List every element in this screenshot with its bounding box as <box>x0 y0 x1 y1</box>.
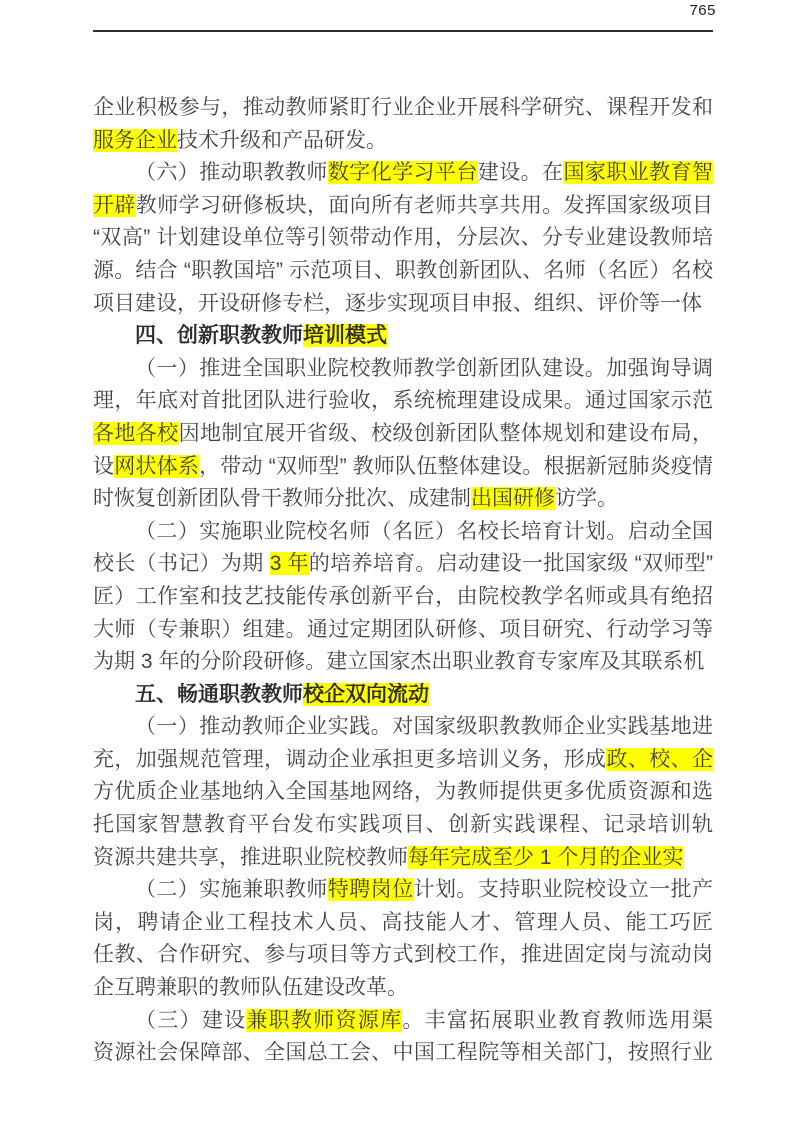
page-number: 765 <box>689 2 716 19</box>
text-segment: 资源共建共享，推进职业院校教师 <box>93 846 408 869</box>
text-line: （二）实施兼职教师特聘岗位计划。支持职业院校设立一批产业导师特聘 <box>93 874 713 907</box>
text-segment: 方优质企业基地纳入全国基地网络，为教师提供更多优质资源和选择空间。依 <box>93 780 713 809</box>
highlighted-text: 培训模式 <box>303 324 387 347</box>
section-heading: 五、畅通职教教师校企双向流动 <box>93 679 713 712</box>
text-line: 设网状体系，带动 “双师型” 教师队伍整体建设。根据新冠肺炎疫情形势，适 <box>93 451 713 484</box>
text-segment: 源。结合 “职教国培” 示范项目、职教创新团队、名师（名匠）名校长培育等 <box>93 259 713 288</box>
text-line: 充，加强规范管理，调动企业承担更多培训义务，形成政、校、企合力。将地 <box>93 744 713 777</box>
text-line: （六）推动职教教师数字化学习平台建设。在国家职业教育智慧教育平台 <box>93 157 713 190</box>
text-segment: （二）实施兼职教师 <box>135 878 328 901</box>
text-line: 为期 3 年的分阶段研修。建立国家杰出职业教育专家库及其联系机制。 <box>93 646 713 679</box>
section-heading: 四、创新职教教师培训模式 <box>93 320 713 353</box>
highlighted-text: 各地各校 <box>93 422 179 445</box>
highlighted-text: 政、校、企 <box>606 748 713 771</box>
text-segment: 访学。 <box>555 487 618 510</box>
text-segment: 托国家智慧教育平台发布实践项目、创新实践课程、记录培训轨迹，实现校企 <box>93 813 713 842</box>
text-line: 托国家智慧教育平台发布实践项目、创新实践课程、记录培训轨迹，实现校企 <box>93 809 713 842</box>
text-line: 方优质企业基地纳入全国基地网络，为教师提供更多优质资源和选择空间。依 <box>93 776 713 809</box>
text-segment: 理，年底对首批团队进行验收，系统梳理建设成果。通过国家示范引领，推动 <box>93 389 713 418</box>
text-segment: 为期 3 年的分阶段研修。建立国家杰出职业教育专家库及其联系机制。 <box>93 650 704 679</box>
text-segment: 任教、合作研究、参与项目等方式到校工作，推进固定岗与流动岗相结合、校 <box>93 943 713 972</box>
highlighted-text: 数字化学习平台 <box>328 161 478 184</box>
text-segment: 教师学习研修板块，面向所有老师共享共用。发挥国家级项目承担单位、 <box>93 194 713 223</box>
text-line: （一）推动教师企业实践。对国家级职教教师企业实践基地进行调整补 <box>93 711 713 744</box>
header-divider <box>93 30 713 32</box>
document-content: 企业积极参与，推动教师紧盯行业企业开展科学研究、课程开发和实践教学，服务企业技术… <box>93 92 713 1070</box>
text-line: 开辟教师学习研修板块，面向所有老师共享共用。发挥国家级项目承担单位、 <box>93 190 713 223</box>
text-line: “双高” 计划建设单位等引领带动作用，分层次、分专业建设教师培训优质资 <box>93 222 713 255</box>
text-segment: 技术升级和产品研发。 <box>177 129 387 152</box>
text-line: （一）推进全国职业院校教师教学创新团队建设。加强询导调研，过程管 <box>93 353 713 386</box>
text-segment: （三）建设 <box>135 1009 246 1032</box>
text-line: （三）建设兼职教师资源库。丰富拓展职业教育教师选用渠道，会同人力 <box>93 1005 713 1038</box>
highlighted-text: 出国研修 <box>471 487 555 510</box>
highlighted-text: 特聘岗位 <box>328 878 414 901</box>
text-segment: 因地制宜展开省级、校级创新团队整体规划和建设布局，形成团队建 <box>93 422 713 451</box>
text-segment: “双高” 计划建设单位等引领带动作用，分层次、分专业建设教师培训优质资 <box>93 226 713 255</box>
text-line: 企业积极参与，推动教师紧盯行业企业开展科学研究、课程开发和实践教学， <box>93 92 713 125</box>
text-segment: 资源社会保障部、全国总工会、中国工程院等相关部门，按照行业企业和专业 <box>93 1041 713 1070</box>
text-line: 各地各校因地制宜展开省级、校级创新团队整体规划和建设布局，形成团队建 <box>93 418 713 451</box>
text-segment: 大师（专兼职）组建。通过定期团队研修、项目研究、行动学习等方式，进行 <box>93 618 713 647</box>
text-segment: 设 <box>93 455 114 478</box>
document-page: 765 企业积极参与，推动教师紧盯行业企业开展科学研究、课程开发和实践教学，服务… <box>0 0 793 1122</box>
text-segment: 匠）工作室和技艺技能传承创新平台，由院校教学名师或具有绝招绝技的技能 <box>93 585 713 614</box>
text-line: 资源社会保障部、全国总工会、中国工程院等相关部门，按照行业企业和专业 <box>93 1037 713 1070</box>
text-segment: （一）推进全国职业院校教师教学创新团队建设。加强询导调研，过程管 <box>93 357 713 386</box>
text-segment: 项目建设，开设研修专栏，逐步实现项目申报、组织、评价等一体化建设。 <box>93 292 702 321</box>
text-segment: （二）实施职业院校名师（名匠）名校长培育计划。启动全国职业院校名 <box>93 520 713 549</box>
highlighted-text: 校企双向流动 <box>303 683 429 706</box>
highlighted-text: 开辟 <box>93 194 136 217</box>
text-line: 资源共建共享，推进职业院校教师每年完成至少 1 个月的企业实践。 <box>93 842 713 875</box>
text-segment: 岗，聘请企业工程技术人员、高技能人才、管理人员、能工巧匠等，采取兼职 <box>93 911 713 940</box>
text-line: 校长（书记）为期 3 年的培养培育。启动建设一批国家级 “双师型” 名师（名 <box>93 548 713 581</box>
text-line: 源。结合 “职教国培” 示范项目、职教创新团队、名师（名匠）名校长培育等 <box>93 255 713 288</box>
highlighted-text: 服务企业 <box>93 129 177 152</box>
text-segment: 时恢复创新团队骨干教师分批次、成建制 <box>93 487 471 510</box>
text-line: 服务企业技术升级和产品研发。 <box>93 125 713 158</box>
text-line: 任教、合作研究、参与项目等方式到校工作，推进固定岗与流动岗相结合、校 <box>93 939 713 972</box>
text-segment: 校长（书记）为期 <box>93 552 270 575</box>
text-segment: 建设。在 <box>478 161 564 184</box>
text-line: 理，年底对首批团队进行验收，系统梳理建设成果。通过国家示范引领，推动 <box>93 385 713 418</box>
text-line: 项目建设，开设研修专栏，逐步实现项目申报、组织、评价等一体化建设。 <box>93 288 713 321</box>
highlighted-text: 兼职教师资源库 <box>246 1009 402 1032</box>
text-line: 企互聘兼职的教师队伍建设改革。 <box>93 972 713 1005</box>
text-line: 岗，聘请企业工程技术人员、高技能人才、管理人员、能工巧匠等，采取兼职 <box>93 907 713 940</box>
text-line: 匠）工作室和技艺技能传承创新平台，由院校教学名师或具有绝招绝技的技能 <box>93 581 713 614</box>
text-segment: （六）推动职教教师 <box>135 161 328 184</box>
highlighted-text: 3 年 <box>270 552 309 575</box>
text-segment: 五、畅通职教教师 <box>135 683 303 706</box>
text-line: 时恢复创新团队骨干教师分批次、成建制出国研修访学。 <box>93 483 713 516</box>
text-line: 大师（专兼职）组建。通过定期团队研修、项目研究、行动学习等方式，进行 <box>93 614 713 647</box>
text-segment: （一）推动教师企业实践。对国家级职教教师企业实践基地进行调整补 <box>93 715 713 744</box>
text-line: （二）实施职业院校名师（名匠）名校长培育计划。启动全国职业院校名 <box>93 516 713 549</box>
text-segment: 充，加强规范管理，调动企业承担更多培训义务，形成 <box>93 748 606 771</box>
text-segment: 四、创新职教教师 <box>135 324 303 347</box>
highlighted-text: 网状体系 <box>114 455 199 478</box>
text-segment: 企互聘兼职的教师队伍建设改革。 <box>93 976 408 999</box>
text-segment: 企业积极参与，推动教师紧盯行业企业开展科学研究、课程开发和实践教学， <box>93 96 713 125</box>
